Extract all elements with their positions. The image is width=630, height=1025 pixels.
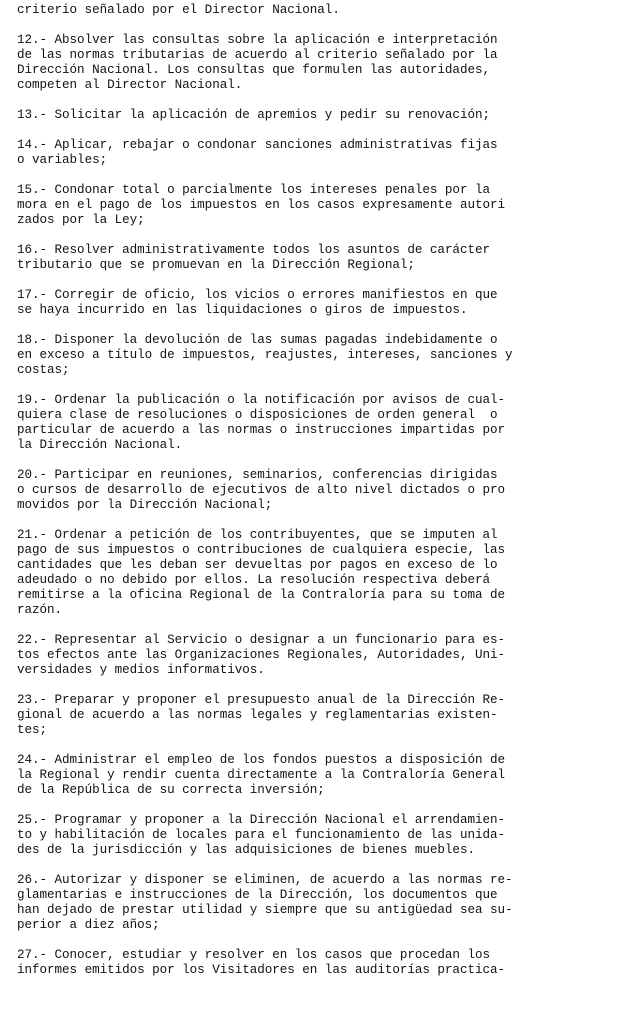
text-line: 24.- Administrar el empleo de los fondos… <box>17 753 623 768</box>
text-line: informes emitidos por los Visitadores en… <box>17 963 623 978</box>
continued-paragraph: criterio señalado por el Director Nacion… <box>17 3 623 18</box>
text-line: pago de sus impuestos o contribuciones d… <box>17 543 623 558</box>
text-line: criterio señalado por el Director Nacion… <box>17 3 623 18</box>
numbered-clause: 22.- Representar al Servicio o designar … <box>17 633 623 678</box>
numbered-clause: 18.- Disponer la devolución de las sumas… <box>17 333 623 378</box>
text-line: perior a diez años; <box>17 918 623 933</box>
text-line: 14.- Aplicar, rebajar o condonar sancion… <box>17 138 623 153</box>
text-line: 16.- Resolver administrativamente todos … <box>17 243 623 258</box>
text-line: o cursos de desarrollo de ejecutivos de … <box>17 483 623 498</box>
text-line: gional de acuerdo a las normas legales y… <box>17 708 623 723</box>
numbered-clause: 12.- Absolver las consultas sobre la apl… <box>17 33 623 93</box>
text-line: 21.- Ordenar a petición de los contribuy… <box>17 528 623 543</box>
text-line: zados por la Ley; <box>17 213 623 228</box>
text-line: razón. <box>17 603 623 618</box>
text-line: 20.- Participar en reuniones, seminarios… <box>17 468 623 483</box>
text-line: 22.- Representar al Servicio o designar … <box>17 633 623 648</box>
text-line: 18.- Disponer la devolución de las sumas… <box>17 333 623 348</box>
numbered-clause: 25.- Programar y proponer a la Dirección… <box>17 813 623 858</box>
text-line: quiera clase de resoluciones o disposici… <box>17 408 623 423</box>
text-line: competen al Director Nacional. <box>17 78 623 93</box>
text-line: la Dirección Nacional. <box>17 438 623 453</box>
text-line: de las normas tributarias de acuerdo al … <box>17 48 623 63</box>
text-line: 17.- Corregir de oficio, los vicios o er… <box>17 288 623 303</box>
numbered-clause: 13.- Solicitar la aplicación de apremios… <box>17 108 623 123</box>
text-line: han dejado de prestar utilidad y siempre… <box>17 903 623 918</box>
text-line: 26.- Autorizar y disponer se eliminen, d… <box>17 873 623 888</box>
text-line: remitirse a la oficina Regional de la Co… <box>17 588 623 603</box>
numbered-clause: 19.- Ordenar la publicación o la notific… <box>17 393 623 453</box>
text-line: 25.- Programar y proponer a la Dirección… <box>17 813 623 828</box>
text-line: 13.- Solicitar la aplicación de apremios… <box>17 108 623 123</box>
numbered-clause: 16.- Resolver administrativamente todos … <box>17 243 623 273</box>
text-line: Dirección Nacional. Los consultas que fo… <box>17 63 623 78</box>
text-line: la Regional y rendir cuenta directamente… <box>17 768 623 783</box>
text-line: adeudado o no debido por ellos. La resol… <box>17 573 623 588</box>
numbered-clause: 20.- Participar en reuniones, seminarios… <box>17 468 623 513</box>
text-line: 27.- Conocer, estudiar y resolver en los… <box>17 948 623 963</box>
text-line: 23.- Preparar y proponer el presupuesto … <box>17 693 623 708</box>
text-line: cantidades que les deban ser devueltas p… <box>17 558 623 573</box>
text-line: tes; <box>17 723 623 738</box>
numbered-clause: 21.- Ordenar a petición de los contribuy… <box>17 528 623 618</box>
text-line: 19.- Ordenar la publicación o la notific… <box>17 393 623 408</box>
numbered-clause: 24.- Administrar el empleo de los fondos… <box>17 753 623 798</box>
numbered-clause: 23.- Preparar y proponer el presupuesto … <box>17 693 623 738</box>
numbered-clause: 17.- Corregir de oficio, los vicios o er… <box>17 288 623 318</box>
text-line: 15.- Condonar total o parcialmente los i… <box>17 183 623 198</box>
text-line: costas; <box>17 363 623 378</box>
text-line: to y habilitación de locales para el fun… <box>17 828 623 843</box>
text-line: o variables; <box>17 153 623 168</box>
document-page: criterio señalado por el Director Nacion… <box>17 3 623 993</box>
numbered-clause: 14.- Aplicar, rebajar o condonar sancion… <box>17 138 623 168</box>
text-line: versidades y medios informativos. <box>17 663 623 678</box>
numbered-clause: 15.- Condonar total o parcialmente los i… <box>17 183 623 228</box>
text-line: en exceso a título de impuestos, reajust… <box>17 348 623 363</box>
text-line: des de la jurisdicción y las adquisicion… <box>17 843 623 858</box>
text-line: tos efectos ante las Organizaciones Regi… <box>17 648 623 663</box>
text-line: tributario que se promuevan en la Direcc… <box>17 258 623 273</box>
text-line: de la República de su correcta inversión… <box>17 783 623 798</box>
numbered-clause: 26.- Autorizar y disponer se eliminen, d… <box>17 873 623 933</box>
text-line: movidos por la Dirección Nacional; <box>17 498 623 513</box>
text-line: se haya incurrido en las liquidaciones o… <box>17 303 623 318</box>
text-line: particular de acuerdo a las normas o ins… <box>17 423 623 438</box>
text-line: 12.- Absolver las consultas sobre la apl… <box>17 33 623 48</box>
numbered-clause: 27.- Conocer, estudiar y resolver en los… <box>17 948 623 978</box>
text-line: glamentarias e instrucciones de la Direc… <box>17 888 623 903</box>
text-line: mora en el pago de los impuestos en los … <box>17 198 623 213</box>
